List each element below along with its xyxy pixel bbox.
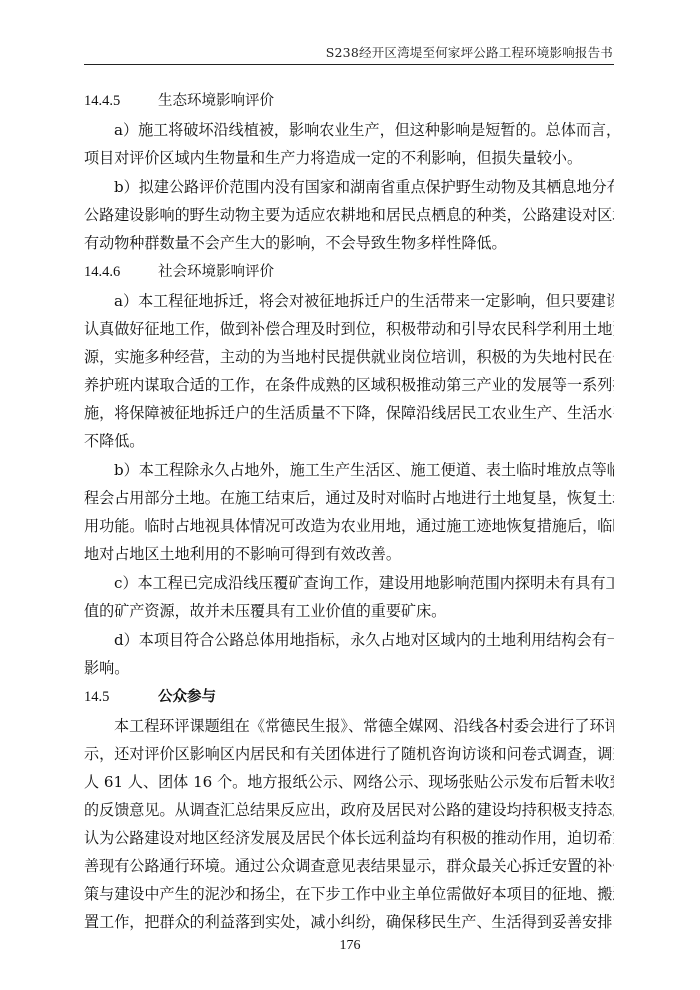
section-number: 14.4.6 — [84, 258, 158, 286]
paragraph-social-b: b）本工程除永久占地外，施工生产生活区、施工便道、表土临时堆放点等临时工 程会占… — [84, 456, 614, 568]
paragraph-public-participation: 本工程环评课题组在《常德民生报》、常德全媒网、沿线各村委会进行了环评公 示，还对… — [84, 712, 614, 936]
text-line: 用功能。临时占地视具体情况可改造为农业用地，通过施工迹地恢复措施后，临时占 — [84, 512, 614, 540]
section-heading-14-4-5: 14.4.5生态环境影响评价 — [84, 87, 614, 115]
text-line: a）施工将破坏沿线植被，影响农业生产，但这种影响是短暂的。总体而言，拟建 — [84, 116, 614, 144]
text-line: 策与建设中产生的泥沙和扬尘，在下步工作中业主单位需做好本项目的征地、搬迁安 — [84, 880, 614, 908]
text-line: 的反馈意见。从调查汇总结果反应出，政府及居民对公路的建设均持积极支持态度， — [84, 796, 614, 824]
text-line: 源，实施多种经营，主动的为当地村民提供就业岗位培训，积极的为失地村民在公路 — [84, 343, 614, 371]
text-line: 认真做好征地工作，做到补偿合理及时到位，积极带动和引导农民科学利用土地资 — [84, 315, 614, 343]
section-number: 14.5 — [84, 683, 158, 711]
document-title: S238经开区湾堤至何家坪公路工程环境影响报告书 — [326, 43, 613, 61]
text-line: b）本工程除永久占地外，施工生产生活区、施工便道、表土临时堆放点等临时工 — [84, 456, 614, 484]
text-line: 地对占地区土地利用的不影响可得到有效改善。 — [84, 540, 614, 568]
text-line: 示，还对评价区影响区内居民和有关团体进行了随机咨询访谈和问卷式调查，调查个 — [84, 740, 614, 768]
text-line: 程会占用部分土地。在施工结束后，通过及时对临时占地进行土地复垦，恢复土地使 — [84, 484, 614, 512]
text-line: a）本工程征地拆迁，将会对被征地拆迁户的生活带来一定影响，但只要建设单位 — [84, 287, 614, 315]
paragraph-social-c: c）本工程已完成沿线压覆矿查询工作，建设用地影响范围内探明未有具有工业价 值的矿… — [84, 569, 614, 625]
paragraph-ecology-a: a）施工将破坏沿线植被，影响农业生产，但这种影响是短暂的。总体而言，拟建 项目对… — [84, 116, 614, 172]
text-line: 不降低。 — [84, 427, 614, 455]
text-line: 项目对评价区域内生物量和生产力将造成一定的不利影响，但损失量较小。 — [84, 144, 614, 172]
text-line: 本工程环评课题组在《常德民生报》、常德全媒网、沿线各村委会进行了环评公 — [84, 712, 614, 740]
text-line: 施，将保障被征地拆迁户的生活质量不下降，保障沿线居民工农业生产、生活水平的 — [84, 399, 614, 427]
text-line: 影响。 — [84, 654, 614, 682]
text-line: 置工作，把群众的利益落到实处，减小纠纷，确保移民生产、生活得到妥善安排；同 — [84, 908, 614, 936]
text-line: 养护班内谋取合适的工作，在条件成熟的区域积极推动第三产业的发展等一系列措 — [84, 371, 614, 399]
paragraph-ecology-b: b）拟建公路评价范围内没有国家和湖南省重点保护野生动物及其栖息地分布，受 公路建… — [84, 173, 614, 257]
text-line: 值的矿产资源，故并未压覆具有工业价值的重要矿床。 — [84, 597, 614, 625]
section-number: 14.4.5 — [84, 87, 158, 115]
section-title: 公众参与 — [158, 688, 216, 705]
page-number: 176 — [0, 938, 700, 954]
document-body: 14.4.5生态环境影响评价 a）施工将破坏沿线植被，影响农业生产，但这种影响是… — [84, 87, 614, 937]
text-line: b）拟建公路评价范围内没有国家和湖南省重点保护野生动物及其栖息地分布，受 — [84, 173, 614, 201]
section-heading-14-5: 14.5公众参与 — [84, 683, 614, 711]
section-title: 社会环境影响评价 — [158, 264, 274, 280]
text-line: 人 61 人、团体 16 个。地方报纸公示、网络公示、现场张贴公示发布后暂未收到… — [84, 768, 614, 796]
section-heading-14-4-6: 14.4.6社会环境影响评价 — [84, 258, 614, 286]
text-line: d）本项目符合公路总体用地指标，永久占地对区域内的土地利用结构会有一定的 — [84, 626, 614, 654]
paragraph-social-a: a）本工程征地拆迁，将会对被征地拆迁户的生活带来一定影响，但只要建设单位 认真做… — [84, 287, 614, 455]
text-line: 善现有公路通行环境。通过公众调查意见表结果显示，群众最关心拆迁安置的补偿政 — [84, 852, 614, 880]
text-line: 公路建设影响的野生动物主要为适应农耕地和居民点栖息的种类，公路建设对区域现 — [84, 201, 614, 229]
page-header: S238经开区湾堤至何家坪公路工程环境影响报告书 — [84, 42, 614, 65]
text-line: c）本工程已完成沿线压覆矿查询工作，建设用地影响范围内探明未有具有工业价 — [84, 569, 614, 597]
text-line: 有动物种群数量不会产生大的影响，不会导致生物多样性降低。 — [84, 229, 614, 257]
paragraph-social-d: d）本项目符合公路总体用地指标，永久占地对区域内的土地利用结构会有一定的 影响。 — [84, 626, 614, 682]
text-line: 认为公路建设对地区经济发展及居民个体长远利益均有积极的推动作用，迫切希望改 — [84, 824, 614, 852]
section-title: 生态环境影响评价 — [158, 93, 274, 109]
